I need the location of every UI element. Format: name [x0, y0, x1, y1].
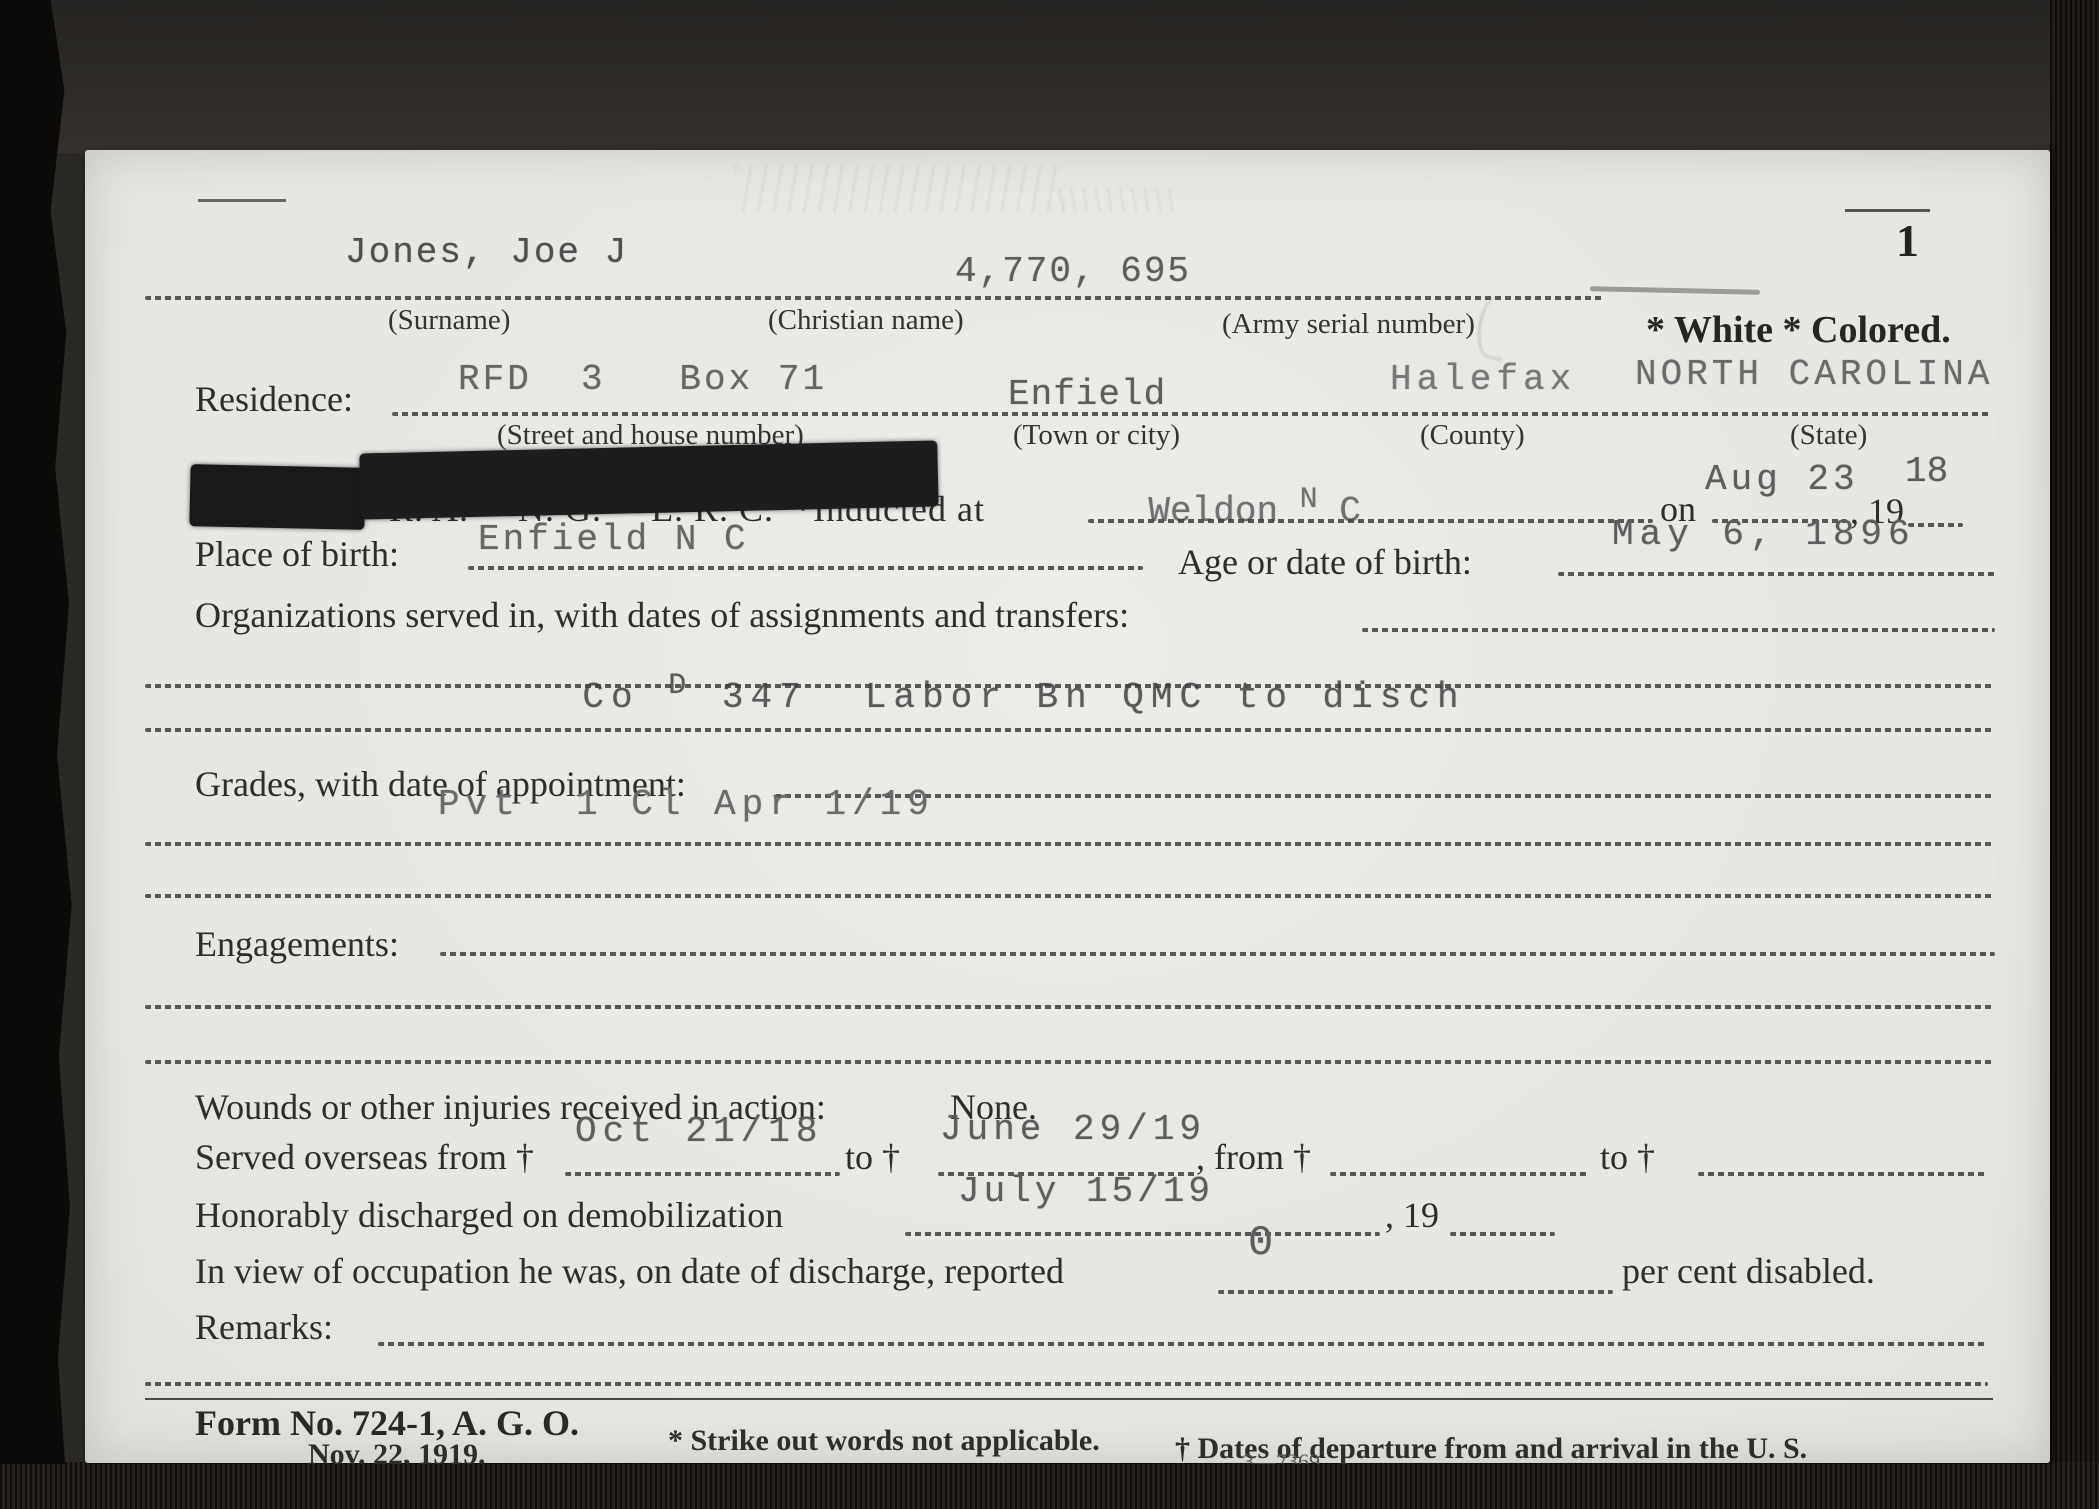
rule-disability	[1218, 1290, 1613, 1294]
scanned-service-record: 1 Jones, Joe J 4,770, 695 * White * Colo…	[0, 0, 2099, 1509]
disability-suffix-label: per cent disabled.	[1622, 1252, 1875, 1292]
residence-label: Residence:	[195, 380, 353, 420]
age-or-birth-label: Age or date of birth:	[1178, 543, 1472, 583]
disability-label: In view of occupation he was, on date of…	[195, 1252, 1064, 1292]
rule-organizations-1	[145, 684, 1995, 688]
rule-engagements-2	[145, 1060, 1995, 1064]
overseas-to2-label: to †	[1600, 1138, 1655, 1178]
organizations-entry-post: 347 Labor Bn QMC to disch	[693, 677, 1465, 718]
discharge-year-label: , 19	[1385, 1196, 1439, 1236]
rule-place-of-birth	[468, 566, 1143, 570]
organizations-label: Organizations served in, with dates of a…	[195, 596, 1129, 636]
redaction-bar	[359, 440, 938, 519]
pencil-smudge	[735, 165, 1065, 213]
rule-residence	[392, 412, 1992, 416]
disability-value: 0	[1248, 1220, 1273, 1266]
place-of-birth-value: Enfield N C	[478, 520, 749, 560]
state-caption: (State)	[1790, 420, 1867, 452]
serial-caption: (Army serial number)	[1222, 309, 1475, 341]
page-number: 1	[1896, 216, 1919, 267]
rule-name-row	[145, 296, 1603, 300]
race-white-text: * White	[1646, 309, 1773, 351]
town-caption: (Town or city)	[1013, 420, 1180, 452]
rule-discharge-date	[905, 1232, 1380, 1236]
birth-date-value: May 6, 1896	[1612, 515, 1916, 555]
inducted-place-superscript: N	[1300, 483, 1318, 517]
surname-value: Jones, Joe J	[345, 233, 628, 273]
scan-top-band	[0, 0, 2099, 153]
rule-grades-2	[145, 894, 1995, 898]
overseas-to1-value: June 29/19	[940, 1110, 1206, 1150]
rule-induction-year	[1908, 523, 1963, 527]
place-of-birth-label: Place of birth:	[195, 535, 399, 575]
rule-overseas-to2	[1698, 1172, 1986, 1176]
rule-organizations-2	[145, 728, 1995, 732]
rule-overseas-from1	[565, 1172, 840, 1176]
rule-grades-1	[145, 842, 1995, 846]
mark-line-right	[1845, 209, 1930, 212]
rule-remarks	[378, 1342, 1985, 1346]
induction-date-value: Aug 23	[1705, 460, 1859, 500]
discharge-date-value: July 15/19	[958, 1172, 1214, 1212]
engagements-label: Engagements:	[195, 925, 399, 965]
overseas-from1-value: Oct 21/18	[575, 1112, 823, 1152]
rule-overseas-from2	[1330, 1172, 1588, 1176]
pencil-smudge	[1050, 188, 1180, 212]
residence-town-value: Enfield	[1008, 375, 1166, 415]
surname-caption: (Surname)	[388, 305, 510, 337]
mark-line-left	[198, 199, 286, 202]
residence-street-value: RFD 3 Box 71	[458, 360, 827, 400]
scan-right-band	[2050, 0, 2099, 1509]
rule-prefooter-dashed	[145, 1382, 1988, 1386]
christian-name-caption: (Christian name)	[768, 305, 964, 337]
overseas-to-label: to †	[845, 1138, 900, 1178]
organizations-entry: Co D 347 Labor Bn QMC to disch	[468, 638, 1466, 757]
discharge-label: Honorably discharged on demobilization	[195, 1196, 783, 1236]
rule-discharge-year	[1450, 1232, 1555, 1236]
footnote-strike: * Strike out words not applicable.	[668, 1424, 1100, 1457]
serial-number-value: 4,770, 695	[955, 252, 1191, 292]
residence-state-value: NORTH CAROLINA	[1635, 355, 1993, 395]
inducted-place-pre: Weldon	[1148, 491, 1299, 532]
race-colored-text: * Colored.	[1773, 309, 1951, 351]
remarks-label: Remarks:	[195, 1308, 333, 1348]
residence-county-value: Halefax	[1390, 360, 1576, 400]
rule-prefooter-solid	[145, 1398, 1993, 1400]
inducted-place-post: C	[1318, 491, 1361, 532]
scan-bottom-band-overlay	[0, 1464, 2099, 1509]
overseas-label: Served overseas from †	[195, 1138, 534, 1178]
rule-inducted-place	[1088, 519, 1653, 523]
rule-birth-date	[1558, 572, 1995, 576]
induction-year-value: 18	[1905, 452, 1948, 492]
rule-grades-head	[775, 794, 1995, 798]
organizations-entry-pre: Co	[582, 677, 668, 718]
rule-engagements-head	[440, 952, 1995, 956]
redaction-bar	[189, 464, 365, 530]
grades-entry: Pvt 1 Cl Apr 1/19	[438, 785, 935, 825]
rule-engagements-1	[145, 1005, 1995, 1009]
county-caption: (County)	[1420, 420, 1525, 452]
scan-left-strip	[0, 0, 92, 1509]
rule-organizations-head	[1362, 628, 1995, 632]
